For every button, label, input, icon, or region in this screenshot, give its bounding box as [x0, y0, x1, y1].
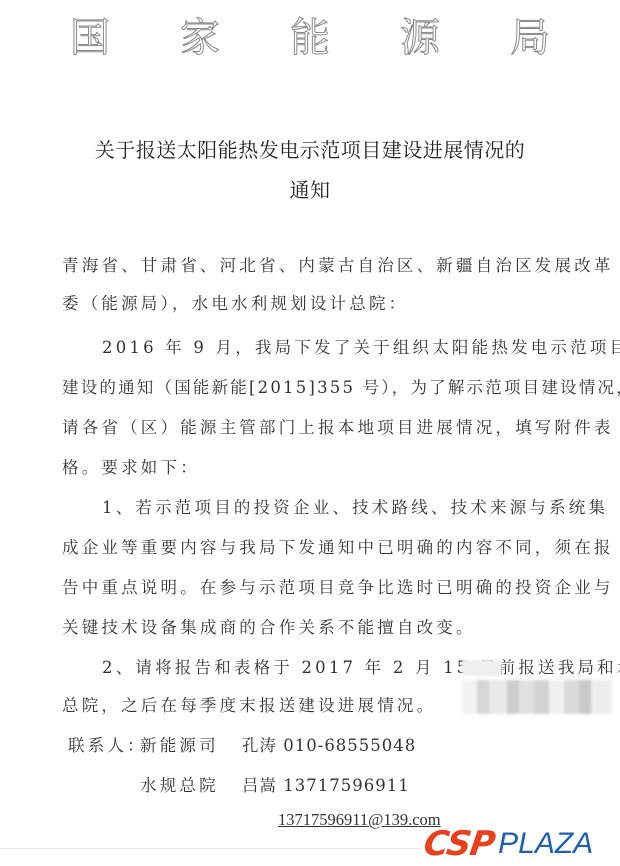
addressee-line1: 青海省、甘肃省、河北省、内蒙古自治区、新疆自治区发展改革 [62, 252, 614, 276]
contact-email-link[interactable]: 13717596911@139.com [278, 810, 441, 830]
addressee-line2: 委（能源局），水电水利规划设计总院： [62, 290, 408, 314]
redacted-signature [462, 680, 612, 714]
item2-line1: 2、请将报告和表格于 2017 年 2 月 15 日前报送我局和水规 [102, 654, 620, 678]
paragraph1-line4: 格。要求如下： [62, 454, 200, 478]
contact-name-phone: 吕嵩 13717596911 [242, 772, 410, 796]
paragraph1-line2: 建设的通知（国能新能[2015]355 号），为了解示范项目建设情况， [62, 374, 620, 398]
contact-org: 水规总院 [140, 772, 219, 796]
letterhead-char: 家 [180, 8, 220, 68]
cspplaza-logo: CSP PLAZA [424, 826, 593, 862]
contacts-label: 联系人： [68, 732, 147, 756]
letterhead-char: 源 [400, 8, 440, 68]
item1-line3: 告中重点说明。在参与示范项目竞争比选时已明确的投资企业与 [62, 574, 614, 598]
bottom-divider [0, 848, 420, 849]
paragraph1-line1: 2016 年 9 月，我局下发了关于组织太阳能热发电示范项目 [102, 334, 620, 358]
item1-line1: 1、若示范项目的投资企业、技术路线、技术来源与系统集 [102, 494, 608, 518]
letterhead-char: 能 [290, 8, 330, 68]
letterhead-char: 国 [70, 8, 110, 68]
redacted-area [462, 660, 502, 676]
item2-line2: 总院，之后在每季度末报送建设进展情况。 [62, 692, 436, 716]
document-title-line2: 通知 [0, 174, 620, 203]
item1-line2: 成企业等重要内容与我局下发通知中已明确的内容不同，须在报 [62, 534, 614, 558]
contact-name-phone: 孔涛 010-68555048 [242, 732, 416, 756]
logo-plaza-text: PLAZA [498, 827, 593, 861]
letterhead: 国 家 能 源 局 [0, 8, 620, 68]
letterhead-char: 局 [510, 8, 550, 68]
document-title-line1: 关于报送太阳能热发电示范项目建设进展情况的 [0, 134, 620, 163]
paragraph1-line3: 请各省（区）能源主管部门上报本地项目进展情况，填写附件表 [62, 414, 614, 438]
item1-line4: 关键技术设备集成商的合作关系不能擅自改变。 [62, 614, 476, 638]
contact-org: 新能源司 [140, 732, 219, 756]
logo-csp-text: CSP [421, 824, 497, 864]
